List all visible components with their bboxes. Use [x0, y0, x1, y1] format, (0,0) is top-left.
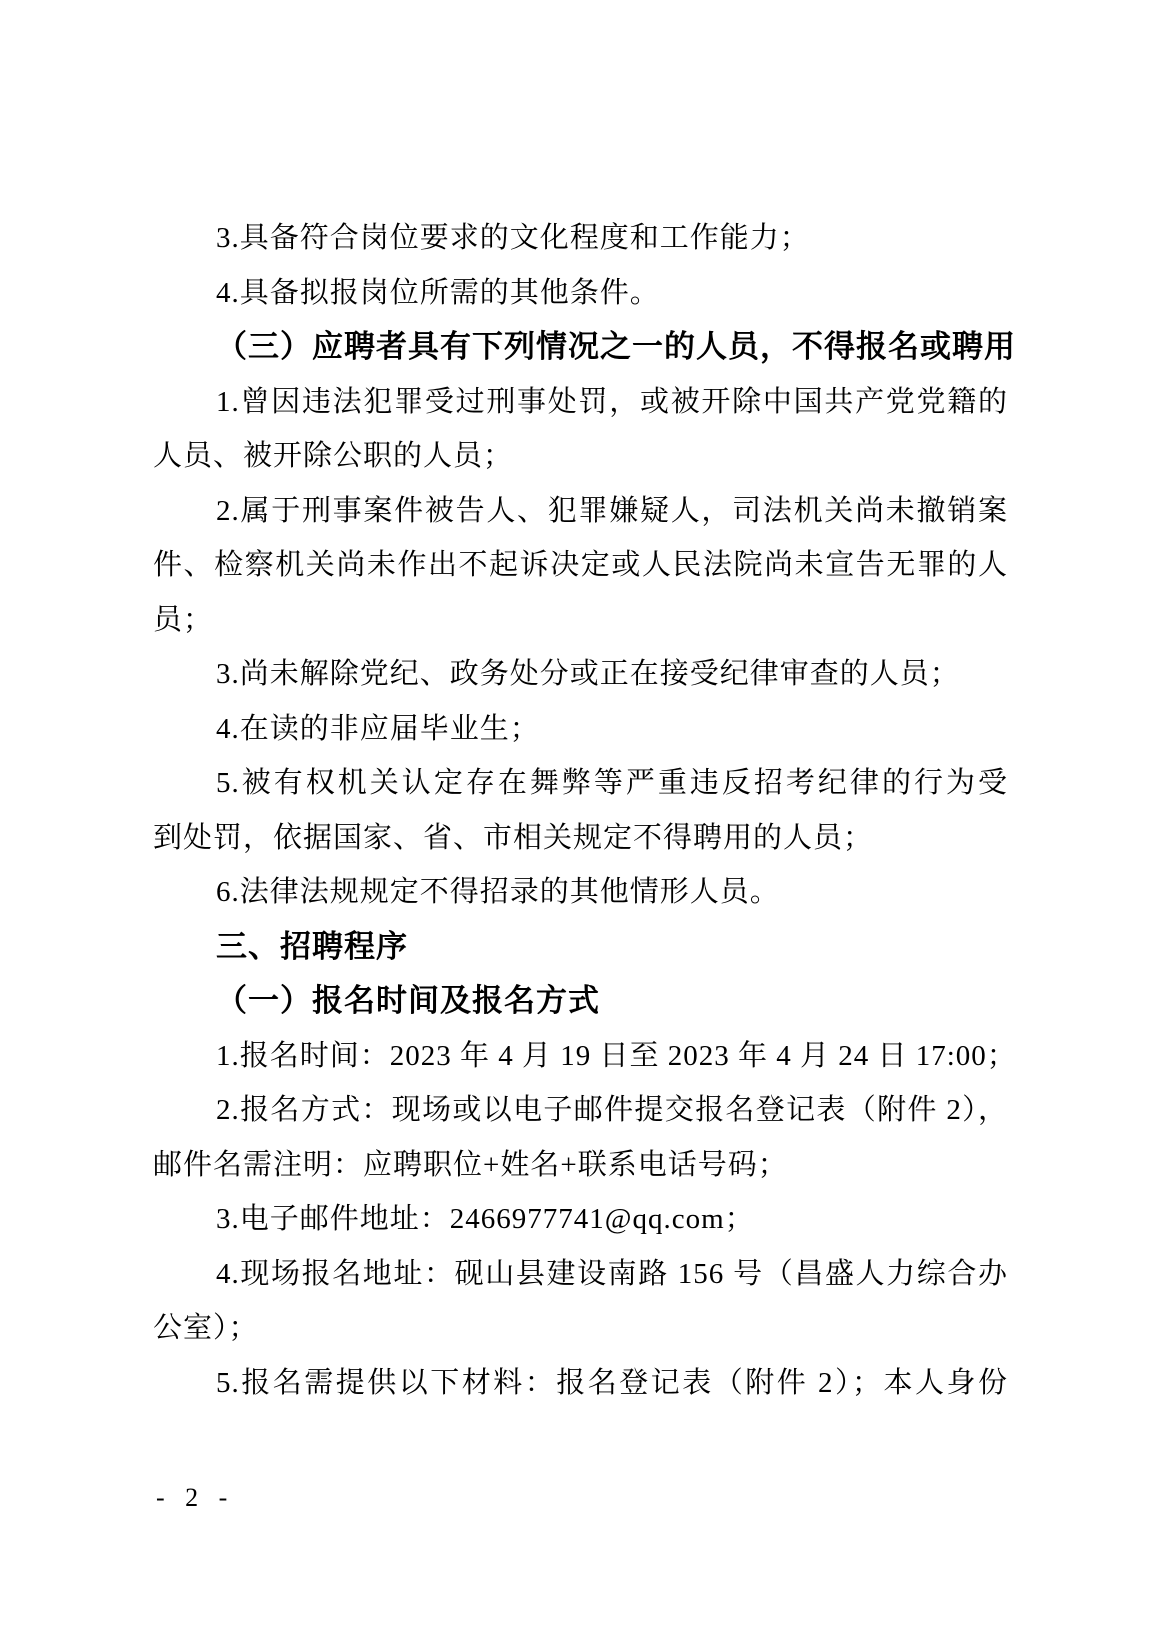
heading-subsection-1: （一）报名时间及报名方式 [153, 974, 1008, 1029]
para-eligibility-item-4: 4.具备拟报岗位所需的其他条件。 [153, 266, 1008, 321]
para-disqualify-2-line-3: 员； [153, 593, 1008, 648]
document-page: 3.具备符合岗位要求的文化程度和工作能力； 4.具备拟报岗位所需的其他条件。 （… [0, 0, 1160, 1640]
para-apply-time: 1.报名时间：2023 年 4 月 19 日至 2023 年 4 月 24 日 … [153, 1029, 1008, 1084]
para-apply-method-line-1: 2.报名方式：现场或以电子邮件提交报名登记表（附件 2）， [153, 1083, 1008, 1138]
para-disqualify-6: 6.法律法规规定不得招录的其他情形人员。 [153, 865, 1008, 920]
document-body: 3.具备符合岗位要求的文化程度和工作能力； 4.具备拟报岗位所需的其他条件。 （… [153, 211, 1008, 1410]
para-disqualify-1-line-1: 1.曾因违法犯罪受过刑事处罚，或被开除中国共产党党籍的 [153, 375, 1008, 430]
para-apply-address-line-2: 公室）； [153, 1301, 1008, 1356]
heading-part-3: 三、招聘程序 [153, 920, 1008, 975]
page-number: - 2 - [156, 1483, 234, 1513]
para-apply-address-line-1: 4.现场报名地址：砚山县建设南路 156 号（昌盛人力综合办 [153, 1247, 1008, 1302]
para-apply-method-line-2: 邮件名需注明：应聘职位+姓名+联系电话号码； [153, 1138, 1008, 1193]
para-disqualify-4: 4.在读的非应届毕业生； [153, 702, 1008, 757]
para-apply-materials: 5.报名需提供以下材料：报名登记表（附件 2）；本人身份 [153, 1356, 1008, 1411]
para-eligibility-item-3: 3.具备符合岗位要求的文化程度和工作能力； [153, 211, 1008, 266]
para-disqualify-5-line-2: 到处罚，依据国家、省、市相关规定不得聘用的人员； [153, 811, 1008, 866]
para-disqualify-1-line-2: 人员、被开除公职的人员； [153, 429, 1008, 484]
para-disqualify-2-line-2: 件、检察机关尚未作出不起诉决定或人民法院尚未宣告无罪的人 [153, 538, 1008, 593]
para-apply-email: 3.电子邮件地址：2466977741@qq.com； [153, 1192, 1008, 1247]
heading-section-3: （三）应聘者具有下列情况之一的人员，不得报名或聘用 [153, 320, 1008, 375]
para-disqualify-3: 3.尚未解除党纪、政务处分或正在接受纪律审查的人员； [153, 647, 1008, 702]
para-disqualify-5-line-1: 5.被有权机关认定存在舞弊等严重违反招考纪律的行为受 [153, 756, 1008, 811]
para-disqualify-2-line-1: 2.属于刑事案件被告人、犯罪嫌疑人，司法机关尚未撤销案 [153, 484, 1008, 539]
